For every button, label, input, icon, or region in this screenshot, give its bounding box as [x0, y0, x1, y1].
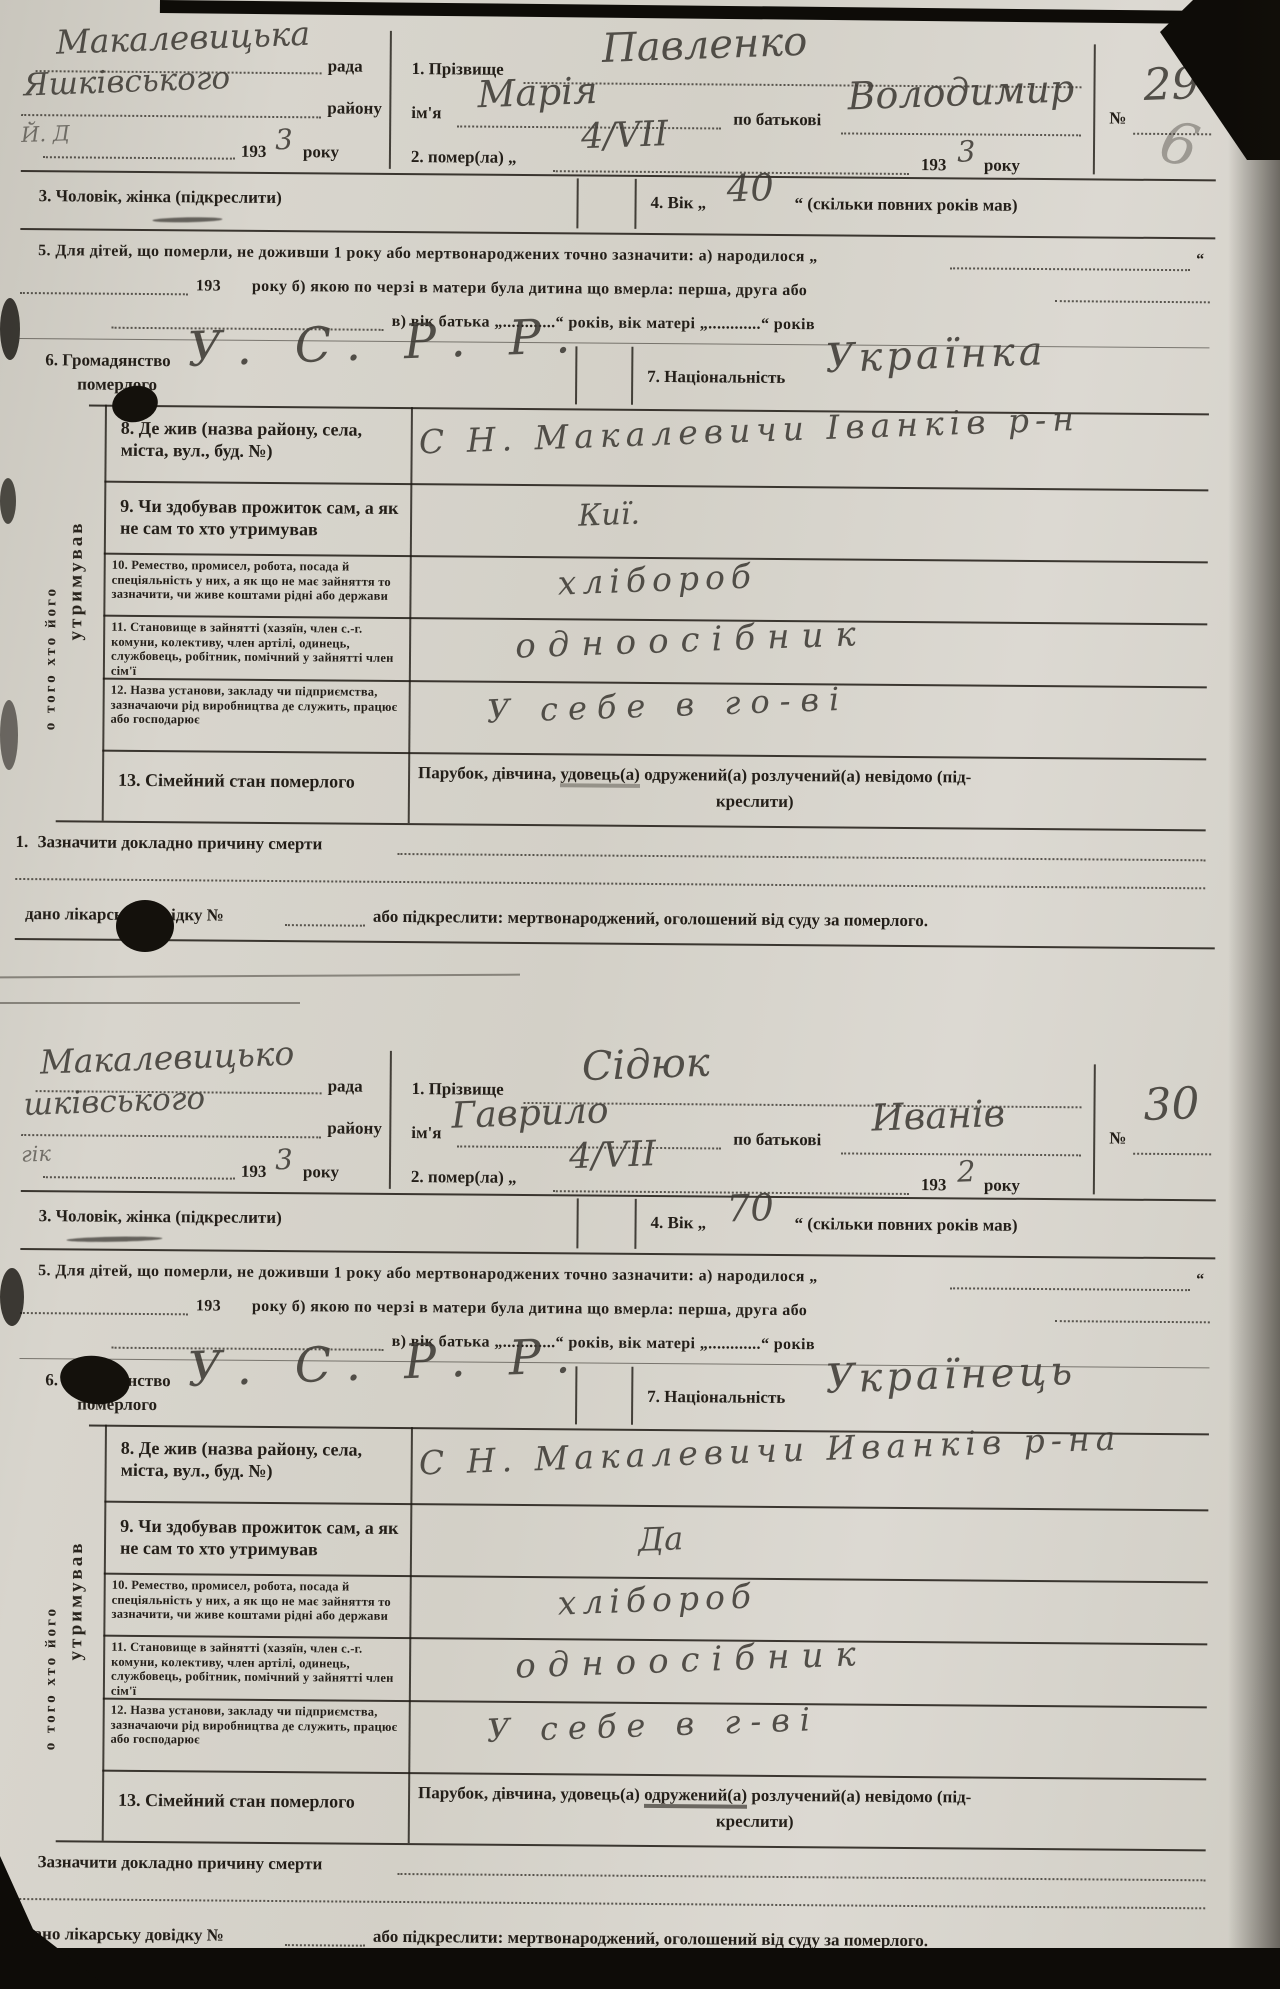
- age-handwritten: 70: [726, 1189, 774, 1228]
- rule: [20, 228, 1215, 239]
- died-year-digit-handwritten: 2: [956, 1157, 975, 1187]
- age-handwritten: 40: [726, 169, 774, 208]
- marital-opt-widowed: удовець(а): [560, 1784, 640, 1804]
- fold-streak: [0, 974, 520, 979]
- surname-handwritten: Павленко: [601, 22, 808, 69]
- surname-handwritten: Сідюк: [581, 1043, 710, 1088]
- row-divider: [56, 820, 1206, 831]
- medical-certificate-label: дано лікарську довідку №: [25, 1924, 224, 1946]
- dotted-line: [1055, 1320, 1210, 1323]
- children-clause-line2-year: 193: [196, 277, 221, 295]
- roku-label: року: [984, 1176, 1020, 1196]
- age-label-prefix: 4. Вік „: [651, 193, 707, 213]
- sex-label: 3. Чоловік, жінка (підкреслити): [39, 186, 282, 208]
- marital-opt-single: Парубок, дівчина,: [418, 1783, 556, 1803]
- header-divider: [389, 1051, 392, 1189]
- row-divider: [102, 750, 1206, 761]
- workplace-handwritten: У себе в г-ві: [486, 1703, 820, 1747]
- nationality-handwritten: Українець: [825, 1351, 1077, 1400]
- marital-options-line2: креслити): [716, 791, 794, 812]
- nationality-label: 7. Національність: [647, 367, 785, 388]
- death-record-form-1: Макалевицька рада Яшківського району Й. …: [15, 20, 1237, 955]
- marital-options: Парубок, дівчина, удовець(а) одружений(а…: [418, 763, 1208, 789]
- cell-divider: [575, 1366, 577, 1424]
- died-date-handwritten: 4/VII: [569, 1137, 657, 1175]
- quote-close: “: [1196, 251, 1205, 269]
- dotted-line: [20, 292, 188, 295]
- cell-divider: [576, 1198, 578, 1248]
- name-handwritten: Гаврило: [451, 1093, 609, 1135]
- record-number-handwritten: 30: [1143, 1082, 1201, 1128]
- cell-divider: [575, 346, 577, 404]
- occupation-handwritten: хлібороб: [557, 559, 757, 599]
- sex-underline-mark: [152, 217, 222, 223]
- side-vertical-text-2: утримував: [65, 440, 89, 640]
- died-label: 2. помер(ла) „: [411, 1167, 517, 1188]
- died-date-handwritten: 4/VII: [581, 117, 669, 155]
- cell-divider: [576, 178, 578, 228]
- roku-label: року: [303, 1162, 339, 1182]
- status-label: 11. Становище в зайнятті (хазяїн, член с…: [111, 1640, 407, 1700]
- side-vertical-text: о того хто його: [42, 400, 62, 730]
- marital-label: 13. Сімейний стан померлого: [118, 1789, 398, 1813]
- cell-divider: [634, 1199, 636, 1249]
- label-value-divider: [408, 1427, 413, 1843]
- dotted-line: [43, 1176, 235, 1180]
- year-digit-handwritten: 3: [275, 126, 294, 155]
- marital-label: 13. Сімейний стан померлого: [118, 769, 398, 793]
- workplace-handwritten: У себе в го-ві: [486, 683, 850, 728]
- age-label-prefix: 4. Вік „: [651, 1213, 707, 1233]
- scan-right-shade: [1228, 0, 1280, 1989]
- patronymic-label: по батькові: [733, 1130, 821, 1151]
- dotted-line: [1133, 1153, 1211, 1156]
- children-clause-line2-year: 193: [196, 1297, 221, 1315]
- sex-underline-mark: [66, 1236, 162, 1243]
- marital-opt-single: Парубок, дівчина,: [418, 763, 556, 783]
- marital-opt-widowed: удовець(а): [560, 764, 640, 788]
- cell-divider: [634, 179, 636, 229]
- number-box-border: [1093, 1064, 1096, 1194]
- residence-handwritten: С Н. Макалевичи Иванків р-на: [418, 1421, 1121, 1479]
- dotted-line: [397, 853, 1205, 861]
- residence-handwritten: С Н. Макалевичи Іванків р-н: [418, 402, 1080, 459]
- children-clause-line2: року б) якою по черзі в матери була дити…: [252, 278, 807, 300]
- dotted-line: [15, 878, 1205, 889]
- cause-of-death-label: Зазначити докладно причину смерти: [37, 832, 322, 854]
- children-clause-line1: 5. Для дітей, що померли, не доживши 1 р…: [38, 1262, 818, 1286]
- marital-opt-married: одружений(а): [644, 765, 747, 785]
- residence-label: 8. Де жив (назва району, села, міста, ву…: [121, 417, 401, 463]
- edge-smudge: [0, 298, 20, 360]
- edge-smudge: [0, 1268, 24, 1326]
- number-box-border: [1093, 44, 1096, 174]
- dotted-line: [21, 1134, 321, 1138]
- district-handwritten: Яшківського: [23, 63, 231, 101]
- year-prefix-label: 193: [241, 142, 267, 162]
- rows-box-left-border: [102, 405, 107, 821]
- edge-smudge: [0, 700, 18, 770]
- rule: [20, 1248, 1215, 1259]
- name-label: ім'я: [411, 103, 441, 123]
- workplace-label: 12. Назва установи, закладу чи підприємс…: [110, 1703, 402, 1749]
- side-vertical-text: о того хто його: [42, 1420, 62, 1750]
- dotted-line: [397, 1873, 1205, 1881]
- quote-close: “: [1196, 1271, 1205, 1289]
- dotted-line: [950, 1287, 1190, 1291]
- roku-label: року: [303, 142, 339, 162]
- dotted-line: [285, 924, 365, 927]
- paper-hole: [116, 900, 174, 952]
- age-label-suffix: “ (скільки повних років мав): [794, 194, 1017, 216]
- year-prefix-label: 193: [921, 155, 947, 175]
- died-label: 2. помер(ла) „: [411, 147, 517, 168]
- occupation-label: 10. Ремество, промисел, робота, посада й…: [111, 1578, 403, 1624]
- support-label: 9. Чи здобував прожиток сам, а як не сам…: [120, 1515, 408, 1561]
- occupation-label: 10. Ремество, промисел, робота, посада й…: [111, 558, 403, 604]
- scanned-document-sheet: Макалевицька рада Яшківського району Й. …: [0, 0, 1280, 1989]
- number-sign: №: [1109, 1129, 1126, 1149]
- cell-divider: [631, 347, 633, 405]
- death-record-form-2: Макалевицько рада шківського району гік …: [15, 1040, 1237, 1975]
- label-value-divider: [408, 407, 413, 823]
- district-handwritten: шківського: [23, 1083, 206, 1120]
- status-handwritten: одноосібник: [515, 1637, 869, 1684]
- citizenship-handwritten: У. С. Р. Р.: [187, 312, 585, 374]
- workplace-label: 12. Назва установи, закладу чи підприємс…: [110, 683, 402, 729]
- margin-scribble: Й. Д: [21, 123, 70, 146]
- year-prefix-label: 193: [921, 1175, 947, 1195]
- cause-of-death-label: Зазначити докладно причину смерти: [37, 1852, 322, 1874]
- marital-options-line2: креслити): [716, 1811, 794, 1832]
- status-handwritten: одноосібник: [515, 617, 869, 664]
- support-label: 9. Чи здобував прожиток сам, а як не сам…: [120, 495, 408, 541]
- support-handwritten: Киї.: [578, 500, 641, 532]
- sex-label: 3. Чоловік, жінка (підкреслити): [39, 1206, 282, 1228]
- margin-scribble: гік: [21, 1144, 52, 1166]
- header-divider: [389, 31, 392, 169]
- support-handwritten: Да: [638, 1522, 684, 1556]
- row-divider: [56, 1840, 1206, 1851]
- citizenship-label: 6. Громадянство: [45, 350, 171, 371]
- nationality-handwritten: Українка: [825, 331, 1047, 379]
- number-sign: №: [1109, 109, 1126, 129]
- status-label: 11. Становище в зайнятті (хазяїн, член с…: [111, 620, 407, 680]
- age-label-suffix: “ (скільки повних років мав): [794, 1214, 1017, 1236]
- roku-label: року: [984, 156, 1020, 176]
- dotted-line: [20, 1312, 188, 1315]
- council-handwritten: Макалевицько: [39, 1037, 294, 1079]
- dotted-line: [950, 267, 1190, 271]
- fold-streak: [0, 1002, 300, 1004]
- row-divider: [102, 1770, 1206, 1781]
- stray-pencil-mark: 6: [1154, 111, 1204, 176]
- stillborn-clause-label: або підкреслити: мертвонароджений, оголо…: [373, 907, 928, 931]
- citizenship-handwritten: У. С. Р. Р.: [187, 1332, 585, 1394]
- rada-label: рада: [328, 56, 363, 76]
- scan-bottom-edge: [0, 1948, 1280, 1989]
- patronymic-handwritten: Володимир: [847, 69, 1075, 115]
- children-clause-line2: року б) якою по черзі в матери була дити…: [252, 1298, 807, 1320]
- edge-smudge: [0, 478, 16, 524]
- dotted-line: [1055, 300, 1210, 303]
- year-digit-handwritten: 3: [275, 1146, 294, 1175]
- raionu-label: району: [327, 1118, 382, 1138]
- nationality-label: 7. Національність: [647, 1387, 785, 1408]
- occupation-handwritten: хлібороб: [557, 1579, 757, 1619]
- patronymic-label: по батькові: [733, 110, 821, 131]
- raionu-label: району: [327, 98, 382, 118]
- dotted-line: [15, 1898, 1205, 1909]
- died-year-digit-handwritten: 3: [956, 137, 975, 167]
- patronymic-handwritten: Иванів: [871, 1095, 1006, 1137]
- row-divider: [104, 481, 1208, 492]
- marital-options: Парубок, дівчина, удовець(а) одружений(а…: [418, 1783, 1208, 1809]
- dotted-line: [21, 114, 321, 118]
- marital-opt-divorced: розлучений(а) невідомо (під-: [751, 1786, 971, 1807]
- children-clause-line1: 5. Для дітей, що померли, не доживши 1 р…: [38, 242, 818, 266]
- rada-label: рада: [328, 1076, 363, 1096]
- year-prefix-label: 193: [241, 1162, 267, 1182]
- cause-number-fragment: 1.: [15, 832, 28, 852]
- name-handwritten: Марія: [477, 72, 598, 113]
- dotted-line: [285, 1944, 365, 1947]
- council-handwritten: Макалевицька: [55, 17, 310, 59]
- row-divider: [104, 1501, 1208, 1512]
- dotted-line: [43, 156, 235, 160]
- marital-opt-married: одружений(а): [644, 1785, 747, 1809]
- form-bottom-rule: [15, 938, 1215, 949]
- side-vertical-text-2: утримував: [65, 1460, 89, 1660]
- name-label: ім'я: [411, 1123, 441, 1143]
- residence-label: 8. Де жив (назва району, села, міста, ву…: [121, 1437, 401, 1483]
- cell-divider: [631, 1367, 633, 1425]
- rows-box-left-border: [102, 1425, 107, 1841]
- marital-opt-divorced: розлучений(а) невідомо (під-: [751, 766, 971, 787]
